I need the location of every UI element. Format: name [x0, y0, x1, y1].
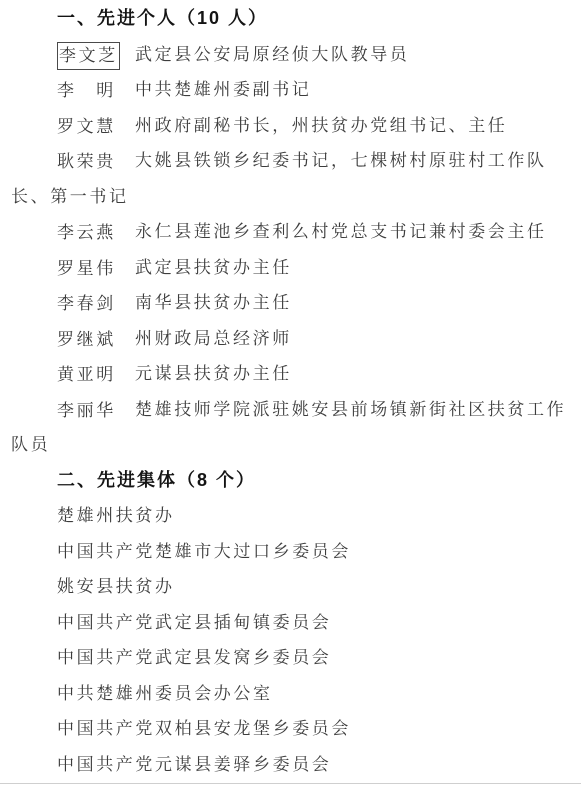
section-heading-collectives: 二、先进集体（8 个） — [11, 463, 557, 499]
section-heading-individuals: 一、先进个人（10 人） — [11, 1, 557, 37]
person-name: 李春剑 — [57, 286, 120, 322]
person-name: 耿荣贵 — [57, 144, 120, 180]
individual-entry: 罗星伟武定县扶贫办主任 — [11, 250, 557, 286]
collective-entry: 楚雄州扶贫办 — [11, 498, 557, 534]
role-continuation-line: 队员 — [11, 427, 557, 463]
document-content: 一、先进个人（10 人） 李文芝武定县公安局原经侦大队教导员 李 明中共楚雄州委… — [0, 0, 581, 782]
person-name: 李云燕 — [57, 215, 120, 251]
individual-entry: 黄亚明元谋县扶贫办主任 — [11, 356, 557, 392]
individual-entry-line: 李文芝武定县公安局原经侦大队教导员 — [11, 37, 557, 73]
individual-entry-line: 耿荣贵大姚县铁锁乡纪委书记，七棵树村原驻村工作队 — [11, 143, 557, 179]
individual-entry: 李春剑南华县扶贫办主任 — [11, 285, 557, 321]
person-role: 武定县扶贫办主任 — [135, 258, 292, 277]
document-page: 一、先进个人（10 人） 李文芝武定县公安局原经侦大队教导员 李 明中共楚雄州委… — [0, 0, 581, 786]
person-role: 楚雄技师学院派驻姚安县前场镇新街社区扶贫工作 — [135, 400, 566, 419]
collective-entry: 中共楚雄州委员会办公室 — [11, 676, 557, 712]
person-name-highlight-box: 李文芝 — [57, 42, 120, 70]
role-continuation-line: 长、第一书记 — [11, 179, 557, 215]
person-role: 大姚县铁锁乡纪委书记，七棵树村原驻村工作队 — [135, 151, 547, 170]
individual-entry: 李云燕永仁县莲池乡查利么村党总支书记兼村委会主任 — [11, 214, 557, 250]
person-name: 黄亚明 — [57, 357, 120, 393]
person-name: 李 明 — [57, 73, 120, 109]
collective-entry: 中国共产党楚雄市大过口乡委员会 — [11, 534, 557, 570]
individual-entry-line: 罗继斌州财政局总经济师 — [11, 321, 557, 357]
individual-entry-line: 李春剑南华县扶贫办主任 — [11, 285, 557, 321]
collective-entry: 中国共产党武定县发窝乡委员会 — [11, 640, 557, 676]
person-role: 州财政局总经济师 — [135, 329, 292, 348]
collective-entries: 楚雄州扶贫办 中国共产党楚雄市大过口乡委员会 姚安县扶贫办 中国共产党武定县插甸… — [11, 498, 557, 782]
collective-entry: 姚安县扶贫办 — [11, 569, 557, 605]
individual-entry-line: 罗文慧州政府副秘书长，州扶贫办党组书记、主任 — [11, 108, 557, 144]
bottom-divider — [0, 783, 581, 784]
collective-entry: 中国共产党元谋县姜驿乡委员会 — [11, 747, 557, 783]
person-name: 罗继斌 — [57, 322, 120, 358]
individual-entry: 耿荣贵大姚县铁锁乡纪委书记，七棵树村原驻村工作队 长、第一书记 — [11, 143, 557, 214]
person-role: 南华县扶贫办主任 — [135, 293, 292, 312]
individual-entry: 李文芝武定县公安局原经侦大队教导员 — [11, 37, 557, 73]
individual-entry-line: 李 明中共楚雄州委副书记 — [11, 72, 557, 108]
person-name: 李丽华 — [57, 393, 120, 429]
collective-entry: 中国共产党武定县插甸镇委员会 — [11, 605, 557, 641]
individual-entry: 李丽华楚雄技师学院派驻姚安县前场镇新街社区扶贫工作 队员 — [11, 392, 557, 463]
individual-entries: 李文芝武定县公安局原经侦大队教导员 李 明中共楚雄州委副书记 罗文慧州政府副秘书… — [11, 37, 557, 463]
section-collectives: 二、先进集体（8 个） 楚雄州扶贫办 中国共产党楚雄市大过口乡委员会 姚安县扶贫… — [11, 463, 557, 783]
individual-entry-line: 罗星伟武定县扶贫办主任 — [11, 250, 557, 286]
person-name: 罗星伟 — [57, 251, 120, 287]
individual-entry: 罗文慧州政府副秘书长，州扶贫办党组书记、主任 — [11, 108, 557, 144]
individual-entry: 李 明中共楚雄州委副书记 — [11, 72, 557, 108]
person-role: 永仁县莲池乡查利么村党总支书记兼村委会主任 — [135, 222, 547, 241]
individual-entry-line: 李丽华楚雄技师学院派驻姚安县前场镇新街社区扶贫工作 — [11, 392, 557, 428]
individual-entry: 罗继斌州财政局总经济师 — [11, 321, 557, 357]
individual-entry-line: 黄亚明元谋县扶贫办主任 — [11, 356, 557, 392]
person-name: 罗文慧 — [57, 109, 120, 145]
person-role: 元谋县扶贫办主任 — [135, 364, 292, 383]
individual-entry-line: 李云燕永仁县莲池乡查利么村党总支书记兼村委会主任 — [11, 214, 557, 250]
person-role: 中共楚雄州委副书记 — [135, 80, 311, 99]
person-role: 州政府副秘书长，州扶贫办党组书记、主任 — [135, 116, 507, 135]
section-individuals: 一、先进个人（10 人） 李文芝武定县公安局原经侦大队教导员 李 明中共楚雄州委… — [11, 1, 557, 463]
collective-entry: 中国共产党双柏县安龙堡乡委员会 — [11, 711, 557, 747]
person-role: 武定县公安局原经侦大队教导员 — [135, 45, 409, 64]
